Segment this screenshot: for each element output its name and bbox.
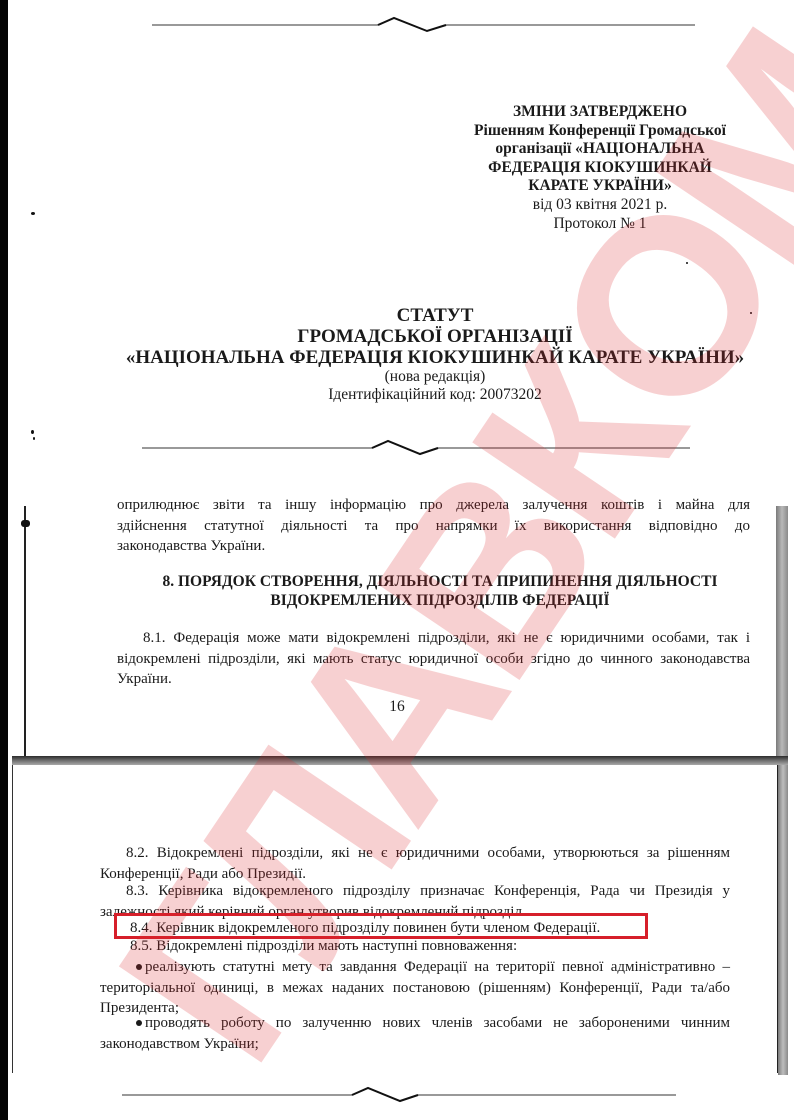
scan-margin-line [24,506,26,758]
approval-heading: ЗМІНИ ЗАТВЕРДЖЕНО [440,103,760,122]
bullet-item: реалізують статутні мету та завдання Фед… [100,957,730,1019]
scan-speck [21,520,30,527]
approval-line: організації «НАЦІОНАЛЬНА [440,140,760,159]
bullet-item: проводять роботу по залученню нових член… [100,1013,730,1054]
organization-type: ГРОМАДСЬКОЇ ОРГАНІЗАЦІЇ [90,326,780,347]
approval-date: від 03 квітня 2021 р. [440,196,760,215]
page-shadow-bottom [12,756,788,765]
organization-name: «НАЦІОНАЛЬНА ФЕДЕРАЦІЯ КІОКУШИНКАЙ КАРАТ… [90,347,780,368]
intro-paragraph: оприлюднює звіти та іншу інформацію про … [117,495,750,557]
bullet-icon [136,1020,142,1026]
clause-8-5: 8.5. Відокремлені підрозділи мають насту… [130,936,730,957]
section-8-heading: 8. ПОРЯДОК СТВОРЕННЯ, ДІЯЛЬНОСТІ ТА ПРИП… [110,572,770,610]
page-shadow-right [778,765,788,1075]
edition-note: (нова редакція) [90,368,780,386]
bullet-text: проводять роботу по залученню нових член… [100,1015,730,1052]
page-number: 16 [0,698,794,716]
page-break-separator-bottom [0,1083,794,1107]
document-title: СТАТУТ [90,305,780,326]
approval-protocol: Протокол № 1 [440,215,760,234]
section-heading-line: ВІДОКРЕМЛЕНИХ ПІДРОЗДІЛІВ ФЕДЕРАЦІЇ [110,591,770,610]
scan-speck [31,430,34,434]
identification-code: Ідентифікаційний код: 20073202 [90,386,780,404]
text-line: здійснення статутної діяльності та про н… [117,516,750,537]
page-break-separator-top [0,12,794,36]
scan-speck [31,212,35,215]
clause-highlight-box [114,913,648,939]
section-heading-line: 8. ПОРЯДОК СТВОРЕННЯ, ДІЯЛЬНОСТІ ТА ПРИП… [110,572,770,591]
clause-8-1: 8.1. Федерація може мати відокремлені пі… [117,628,750,690]
approval-block: ЗМІНИ ЗАТВЕРДЖЕНО Рішенням Конференції Г… [440,103,760,233]
page-shadow-right [776,506,788,762]
clause-8-2: 8.2. Відокремлені підрозділи, які не є ю… [100,843,730,884]
statute-title-block: СТАТУТ ГРОМАДСЬКОЇ ОРГАНІЗАЦІЇ «НАЦІОНАЛ… [90,305,780,404]
scan-left-edge [0,0,8,1120]
approval-line: КАРАТЕ УКРАЇНИ» [440,177,760,196]
bullet-text: реалізують статутні мету та завдання Фед… [100,959,730,1016]
scan-speck [686,262,688,264]
approval-line: Рішенням Конференції Громадської [440,122,760,141]
bullet-icon [136,964,142,970]
approval-line: ФЕДЕРАЦІЯ КІОКУШИНКАЙ [440,159,760,178]
text-line: законодавства України. [117,536,750,557]
page-break-separator-middle [0,437,794,461]
text-line: оприлюднює звіти та іншу інформацію про … [117,495,750,516]
